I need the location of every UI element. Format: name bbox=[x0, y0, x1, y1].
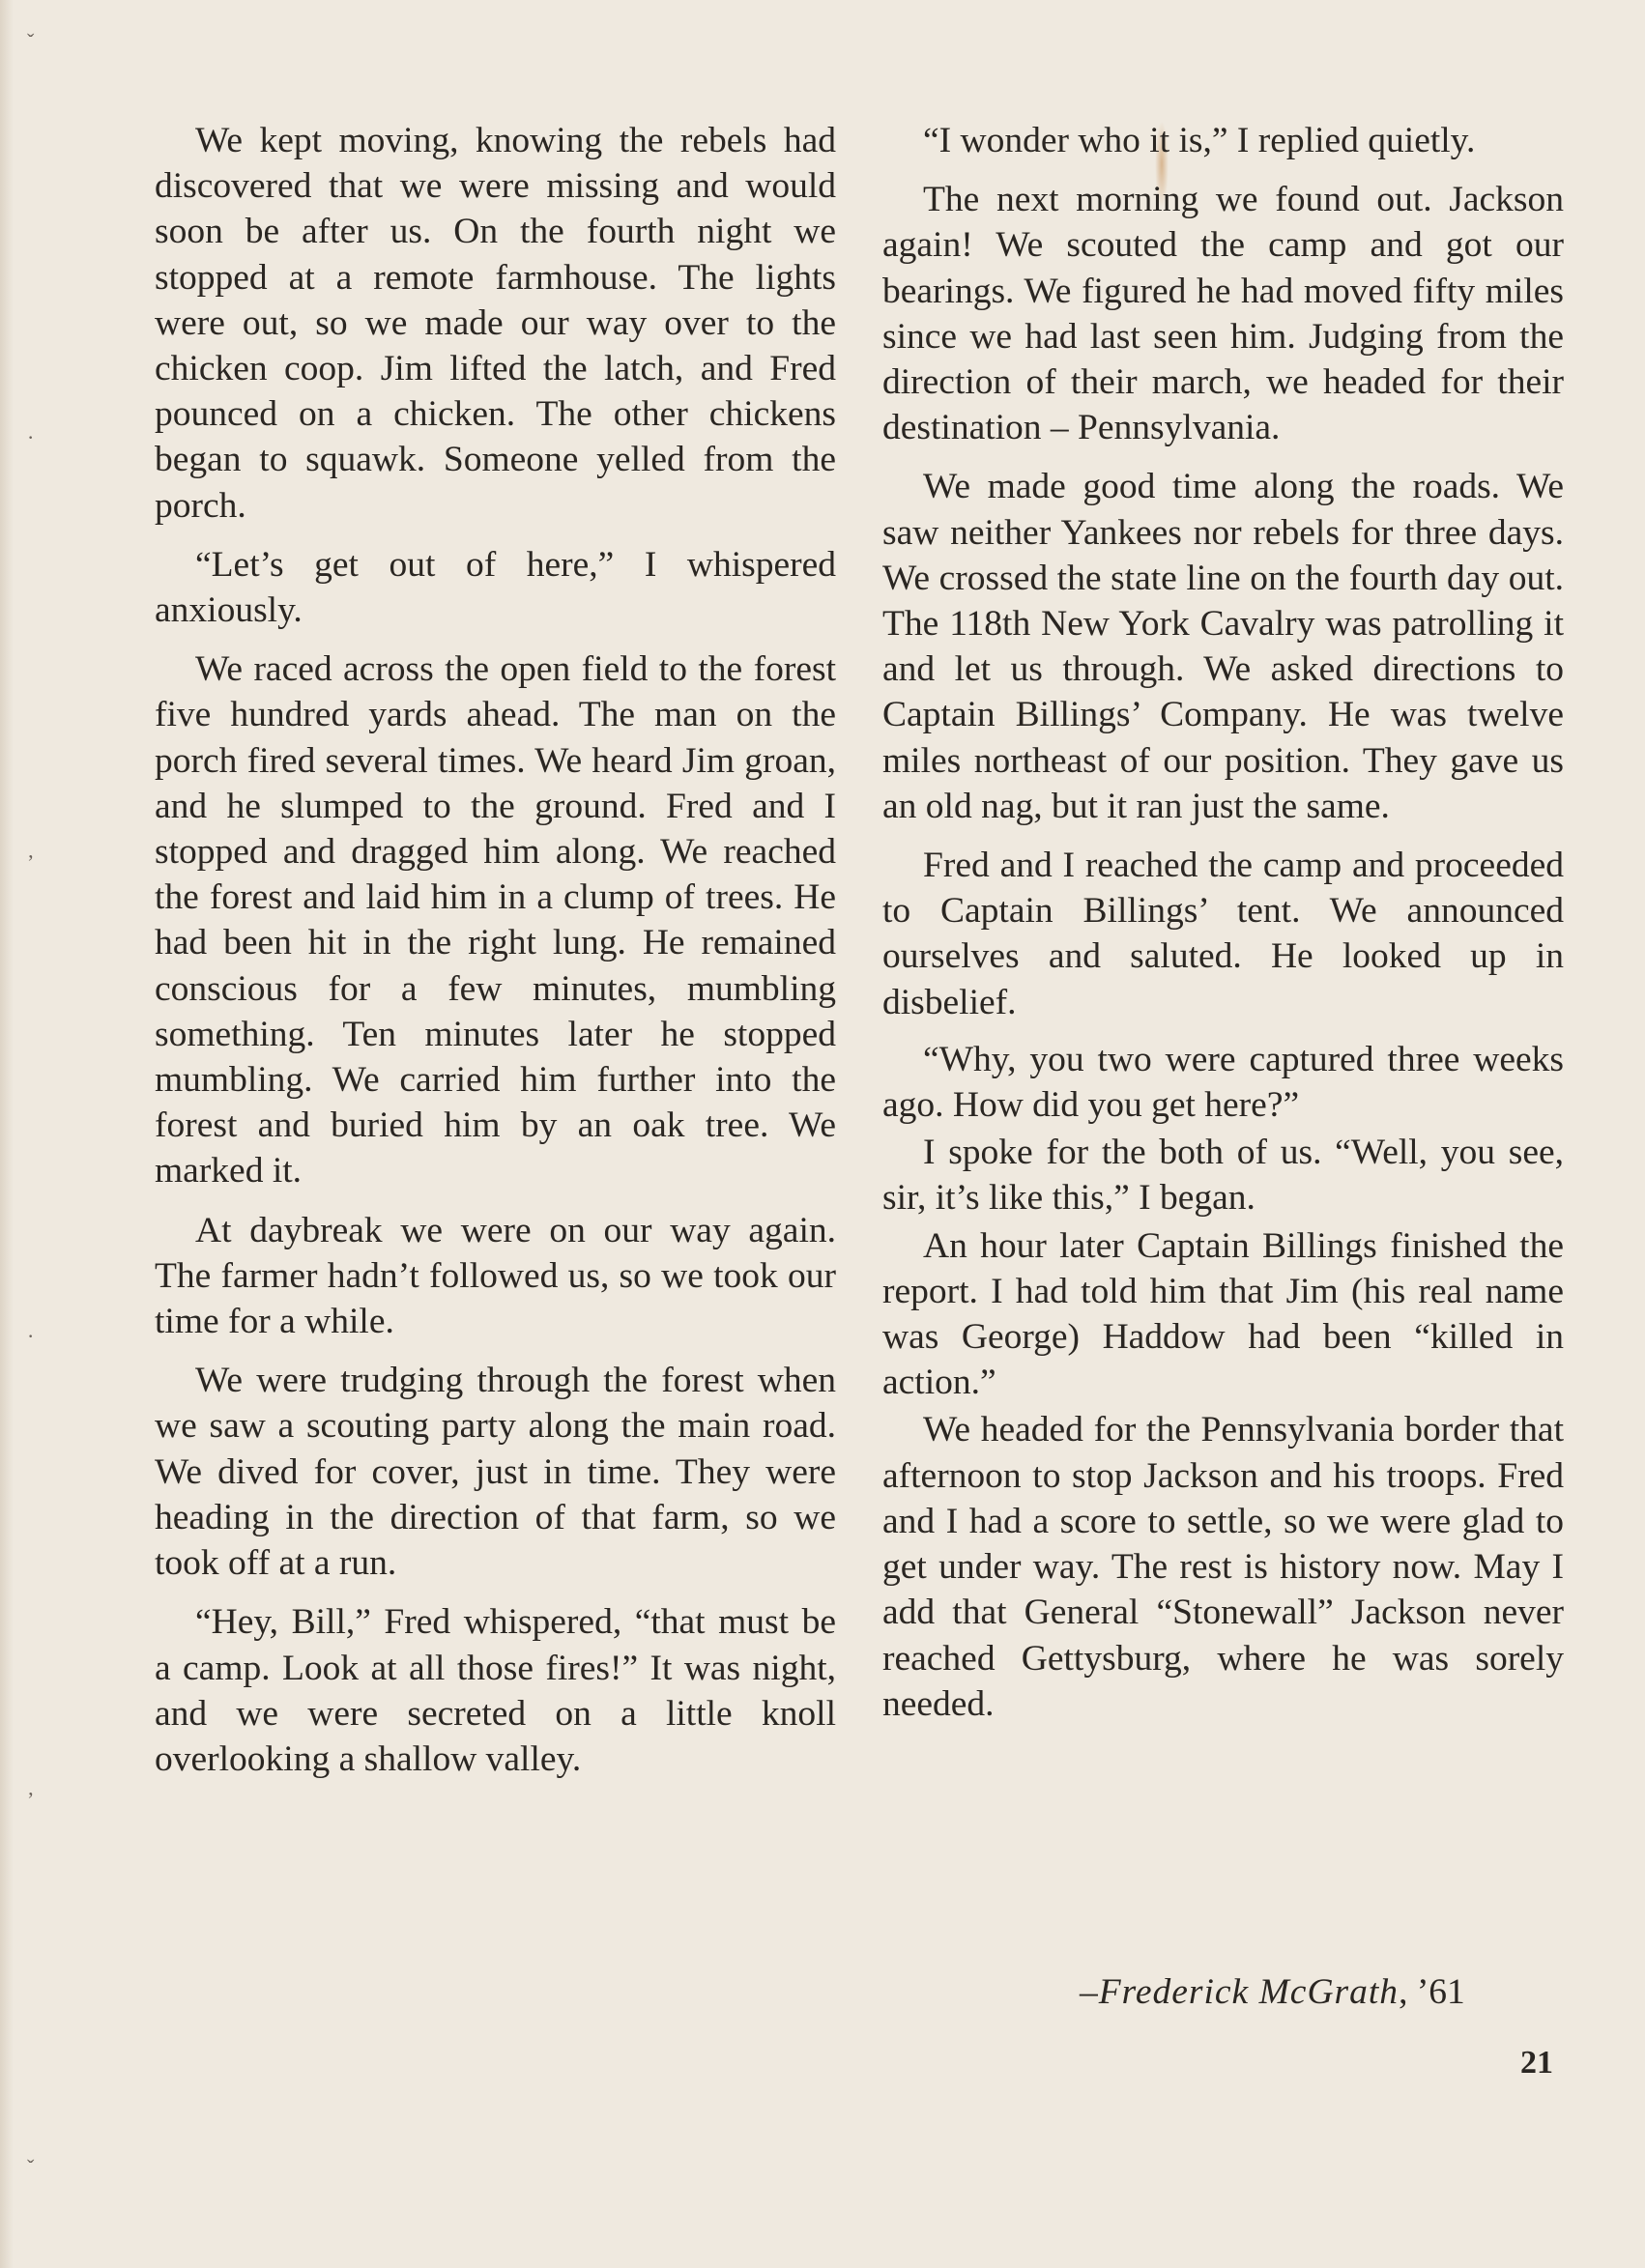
paragraph: An hour later Captain Billings fin­ished… bbox=[882, 1223, 1564, 1406]
paragraph: We raced across the open field to the fo… bbox=[155, 646, 836, 1193]
paragraph: Fred and I reached the camp and proceede… bbox=[882, 843, 1564, 1025]
right-column: “I wonder who it is,” I replied quietly.… bbox=[882, 118, 1564, 1729]
binding-mark: ʼ bbox=[27, 850, 34, 876]
paragraph: The next morning we found out. Jackson a… bbox=[882, 177, 1564, 450]
paragraph: “Let’s get out of here,” I whispered anx… bbox=[155, 542, 836, 633]
author-name: Frederick McGrath bbox=[1099, 1972, 1399, 2012]
paragraph: “I wonder who it is,” I replied quietly. bbox=[882, 118, 1564, 163]
left-column: We kept moving, knowing the rebels had d… bbox=[155, 118, 836, 1795]
paragraph: I spoke for the both of us. “Well, you s… bbox=[882, 1130, 1564, 1220]
binding-mark: ʼ bbox=[27, 1788, 34, 1813]
paragraph: At daybreak we were on our way again. Th… bbox=[155, 1208, 836, 1345]
binding-mark: ˇ bbox=[27, 2155, 34, 2180]
page-edge bbox=[0, 0, 14, 2268]
author-signature: –Frederick McGrath, ’61 bbox=[1080, 1971, 1465, 2013]
paragraph: We made good time along the roads. We sa… bbox=[882, 464, 1564, 829]
paragraph: We kept moving, knowing the rebels had d… bbox=[155, 118, 836, 529]
class-year: , ’61 bbox=[1399, 1972, 1465, 2012]
binding-mark: ˇ bbox=[27, 29, 34, 54]
binding-mark: · bbox=[27, 425, 34, 450]
paragraph: We headed for the Pennsylvania border th… bbox=[882, 1407, 1564, 1726]
paragraph: “Why, you two were captured three weeks … bbox=[882, 1037, 1564, 1128]
binding-mark: · bbox=[27, 1324, 34, 1349]
page-number: 21 bbox=[1520, 2045, 1553, 2081]
paragraph: “Hey, Bill,” Fred whispered, “that must … bbox=[155, 1599, 836, 1782]
paragraph: We were trudging through the for­est whe… bbox=[155, 1358, 836, 1586]
signature-dash: – bbox=[1080, 1972, 1099, 2012]
